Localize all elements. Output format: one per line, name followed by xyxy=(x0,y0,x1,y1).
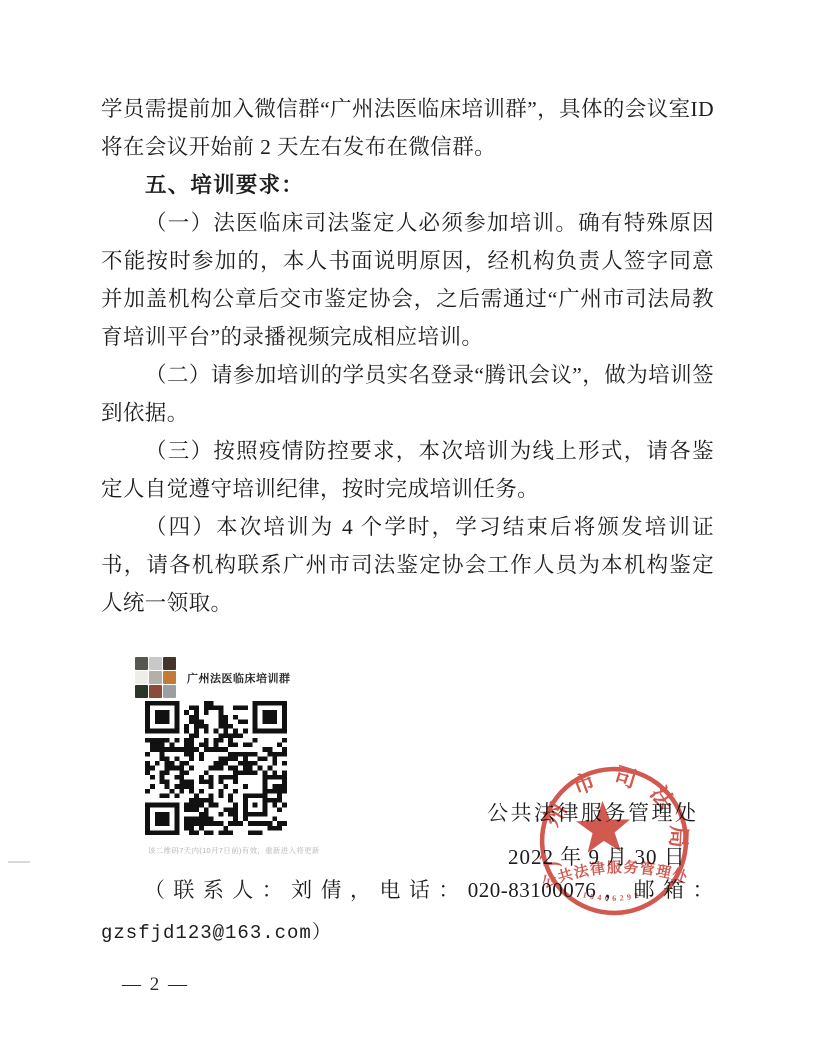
avatar-tile xyxy=(135,657,148,670)
document-page: 学员需提前加入微信群“广州法医临床培训群”，具体的会议室ID 将在会议开始前 2… xyxy=(0,0,816,1056)
signing-department: 公共法律服务管理处 xyxy=(487,797,699,827)
avatar-tile xyxy=(149,671,162,684)
body-text: 学员需提前加入微信群“广州法医临床培训群”，具体的会议室ID 将在会议开始前 2… xyxy=(101,90,714,622)
avatar-tile xyxy=(163,671,176,684)
page-number: — 2 — xyxy=(122,974,189,996)
paragraph-item-4: （四）本次培训为 4 个学时，学习结束后将颁发培训证书，请各机构联系广州市司法鉴… xyxy=(101,508,714,622)
contact-block: （联系人：刘倩，电话：020-83100076，邮箱： gzsfjd123@16… xyxy=(101,874,714,944)
group-name-label: 广州法医临床培训群 xyxy=(187,670,291,686)
contact-email: gzsfjd123@163.com） xyxy=(101,917,714,944)
contact-line: （联系人：刘倩，电话：020-83100076，邮箱： xyxy=(101,874,714,906)
scan-artifact xyxy=(8,861,30,863)
avatar-tile xyxy=(163,657,176,670)
qr-validity-caption: 该二维码7天内(10月7日前)有效，重新进入将更新 xyxy=(148,845,320,856)
qr-code xyxy=(145,701,287,835)
paragraph-item-2: （二）请参加培训的学员实名登录“腾讯会议”，做为培训签到依据。 xyxy=(101,356,714,432)
group-avatar xyxy=(135,657,177,699)
paragraph-continuation: 学员需提前加入微信群“广州法医临床培训群”，具体的会议室ID 将在会议开始前 2… xyxy=(101,90,714,166)
section-heading: 五、培训要求： xyxy=(101,166,714,204)
avatar-tile xyxy=(135,671,148,684)
signing-date: 2022 年 9 月 30 日 xyxy=(508,841,686,871)
paragraph-item-3: （三）按照疫情防控要求，本次培训为线上形式，请各鉴定人自觉遵守培训纪律，按时完成… xyxy=(101,432,714,508)
avatar-tile xyxy=(149,657,162,670)
paragraph-item-1: （一）法医临床司法鉴定人必须参加培训。确有特殊原因不能按时参加的，本人书面说明原… xyxy=(101,204,714,356)
wechat-group-header: 广州法医临床培训群 xyxy=(135,657,291,699)
avatar-tile xyxy=(163,685,176,698)
avatar-tile xyxy=(135,685,148,698)
avatar-tile xyxy=(149,685,162,698)
